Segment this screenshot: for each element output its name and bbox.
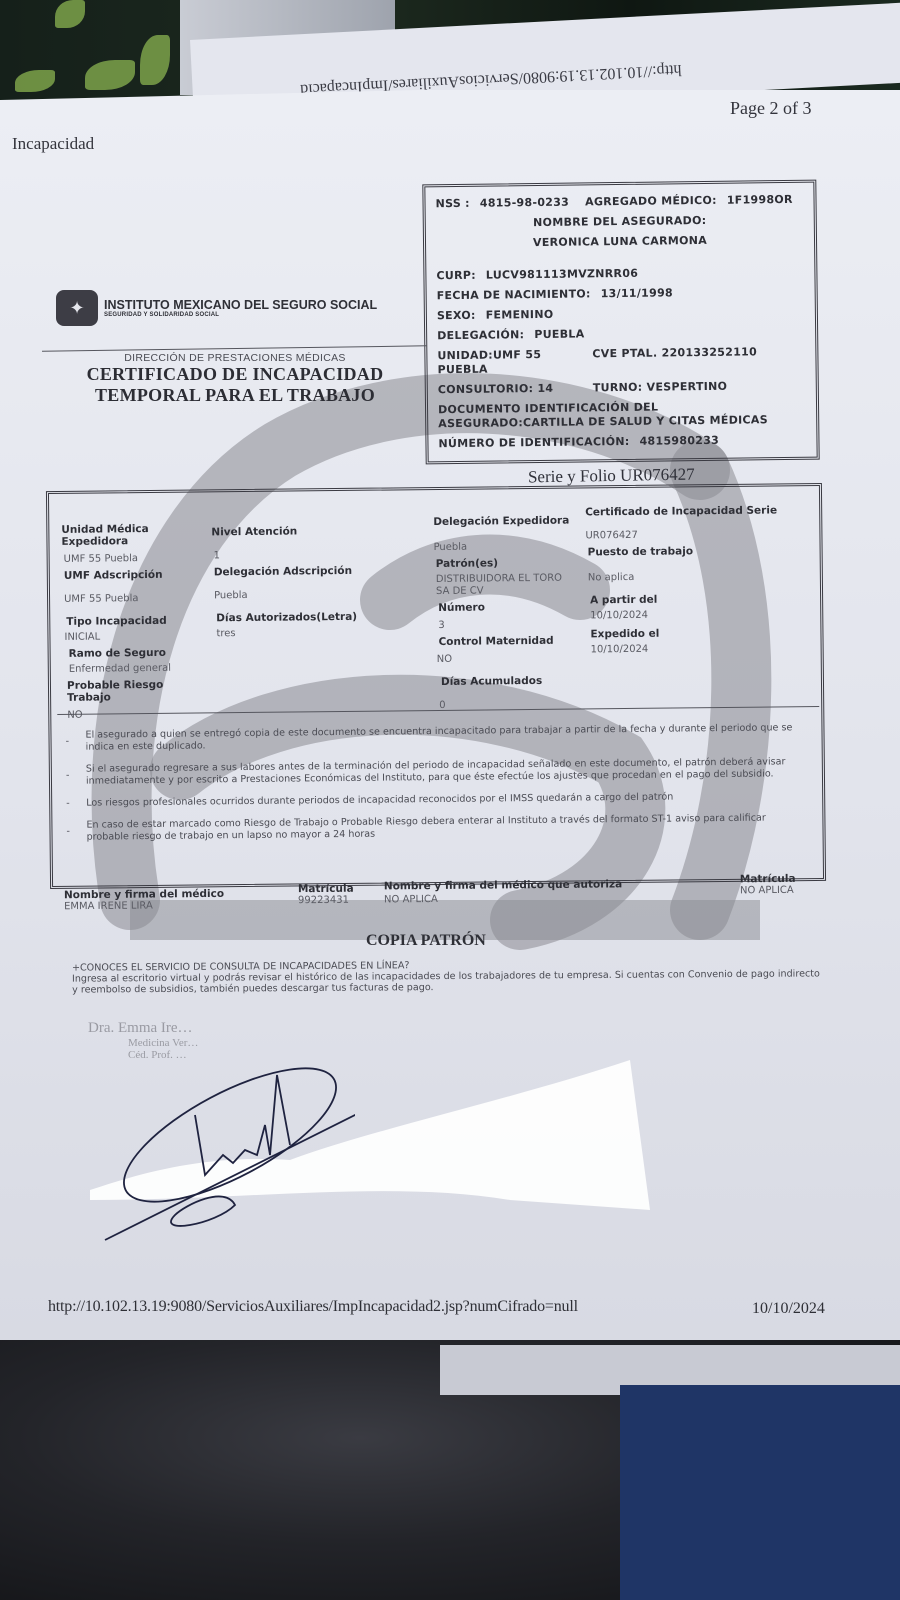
insured-name: VERONICA LUNA CARMONA [436, 233, 804, 251]
nivel-atencion-label: Nivel Atención [211, 525, 297, 538]
legal-note: -En caso de estar marcado como Riesgo de… [66, 812, 808, 844]
legal-notes: -El asegurado a quien se entregó copia d… [65, 722, 808, 854]
ramo-seguro-value: Enfermedad general [69, 663, 171, 676]
imss-logo: ✦ INSTITUTO MEXICANO DEL SEGURO SOCIAL S… [56, 290, 377, 326]
cve-value: 220133252110 [661, 345, 757, 359]
footer-url: http://10.102.13.19:9080/ServiciosAuxili… [48, 1298, 578, 1316]
stamp-name: Dra. Emma Ire… [88, 1020, 198, 1037]
medico-autoriza-label: Nombre y firma del médico que autoriza [384, 878, 622, 892]
turno-label: TURNO: [593, 381, 643, 395]
nss-label: NSS : [435, 197, 469, 211]
matricula2-value: NO APLICA [740, 885, 794, 897]
patron-label: Patrón(es) [436, 557, 498, 570]
institution-name: INSTITUTO MEXICANO DEL SEGURO SOCIAL [104, 298, 377, 312]
turno-value: VESPERTINO [647, 380, 728, 394]
certificado-serie-label: Certificado de Incapacidad Serie [585, 504, 777, 518]
certificate-title-line2: TEMPORAL PARA EL TRABAJO [70, 385, 400, 406]
expedido-el-value: 10/10/2024 [591, 644, 649, 657]
dias-autorizados-value: tres [216, 628, 235, 640]
birth-value: 13/11/1998 [601, 286, 673, 301]
dias-autorizados-label: Días Autorizados(Letra) [216, 611, 357, 624]
photo-background-cloth [620, 1385, 900, 1600]
consultorio-value: 14 [537, 382, 553, 395]
patron-value: DISTRIBUIDORA EL TORO SA DE CV [436, 573, 576, 598]
curp-value: LUCV981113MVZNRR06 [486, 267, 639, 283]
footer-date: 10/10/2024 [752, 1300, 825, 1318]
delegacion-value: PUEBLA [534, 327, 584, 342]
imss-eagle-icon: ✦ [56, 290, 98, 326]
unidad-label: UNIDAD: [437, 349, 493, 363]
direction-label: DIRECCIÓN DE PRESTACIONES MÉDICAS [70, 352, 400, 364]
handwritten-signature-icon [95, 1055, 355, 1245]
stamp-line1: Medicina Ver… [128, 1037, 198, 1049]
medico-value: EMMA IRENE LIRA [64, 900, 153, 913]
birth-label: FECHA DE NACIMIENTO: [437, 287, 591, 303]
agregado-value: 1F1998OR [727, 193, 793, 208]
puesto-trabajo-label: Puesto de trabajo [588, 545, 694, 558]
nivel-atencion-value: 1 [214, 550, 221, 562]
a-partir-del-value: 10/10/2024 [590, 610, 648, 623]
insured-name-label: NOMBRE DEL ASEGURADO: [436, 213, 804, 231]
certificate-title-block: DIRECCIÓN DE PRESTACIONES MÉDICAS CERTIF… [70, 352, 400, 406]
consultorio-label: CONSULTORIO: [438, 382, 534, 396]
agregado-label: AGREGADO MÉDICO: [585, 194, 717, 210]
medico-autoriza-value: NO APLICA [384, 894, 438, 906]
legal-note: -Si el asegurado regresare a sus labores… [66, 756, 808, 788]
id-value: 4815980233 [639, 434, 719, 449]
nss-value: 4815-98-0233 [480, 196, 569, 211]
riesgo-trabajo-value: NO [67, 710, 82, 722]
a-partir-del-label: A partir del [590, 594, 657, 607]
unidad-expedidora-label: Unidad Médica Expedidora [61, 523, 171, 548]
numero-value: 3 [438, 620, 445, 632]
umf-adscripcion-value: UMF 55 Puebla [64, 593, 139, 606]
copy-title: COPIA PATRÓN [366, 932, 486, 950]
curp-label: CURP: [436, 269, 476, 283]
legal-note: -El asegurado a quien se entregó copia d… [65, 722, 807, 754]
control-maternidad-value: NO [437, 654, 452, 666]
institution-tagline: SEGURIDAD Y SOLIDARIDAD SOCIAL [104, 312, 377, 318]
certificado-serie-value: UR076427 [585, 530, 638, 543]
tipo-incapacidad-value: INICIAL [64, 632, 100, 644]
puesto-trabajo-value: No aplica [588, 572, 635, 584]
delegacion-label: DELEGACIÓN: [437, 328, 524, 343]
unidad-expedidora-value: UMF 55 Puebla [64, 553, 139, 566]
numero-label: Número [438, 601, 485, 613]
matricula2-label: Matrícula [740, 873, 796, 885]
sex-label: SEXO: [437, 309, 476, 323]
control-maternidad-label: Control Maternidad [438, 635, 553, 648]
riesgo-trabajo-label: Probable Riesgo Trabajo [67, 679, 177, 704]
ramo-seguro-label: Ramo de Seguro [69, 647, 166, 660]
umf-adscripcion-label: UMF Adscripción [64, 569, 163, 582]
doc-value: CARTILLA DE SALUD Y CITAS MÉDICAS [523, 413, 768, 429]
incapacity-details-box: Unidad Médica Expedidora UMF 55 Puebla U… [46, 483, 826, 889]
cve-label: CVE PTAL. [592, 347, 657, 361]
insured-info-box: NSS : 4815-98-0233 AGREGADO MÉDICO: 1F19… [422, 180, 819, 465]
promo-text: +CONOCES EL SERVICIO DE CONSULTA DE INCA… [72, 957, 822, 995]
dias-acumulados-label: Días Acumulados [441, 675, 542, 688]
header-doc-type: Incapacidad [12, 134, 94, 154]
matricula-value: 99223431 [298, 895, 349, 907]
sex-value: FEMENINO [486, 308, 554, 323]
delegacion-adscripcion-label: Delegación Adscripción [214, 565, 352, 578]
certificate-title-line1: CERTIFICADO DE INCAPACIDAD [70, 364, 400, 385]
legal-note: -Los riesgos profesionales ocurridos dur… [66, 790, 808, 810]
page-indicator: Page 2 of 3 [730, 98, 811, 119]
expedido-el-label: Expedido el [590, 628, 659, 641]
medico-label: Nombre y firma del médico [64, 888, 224, 901]
id-label: NÚMERO DE IDENTIFICACIÓN: [438, 435, 629, 451]
delegacion-adscripcion-value: Puebla [214, 590, 248, 602]
delegacion-expedidora-value: Puebla [433, 542, 467, 554]
delegacion-expedidora-label: Delegación Expedidora [433, 515, 569, 528]
tipo-incapacidad-label: Tipo Incapacidad [66, 615, 167, 628]
matricula-label: Matrícula [298, 883, 354, 895]
